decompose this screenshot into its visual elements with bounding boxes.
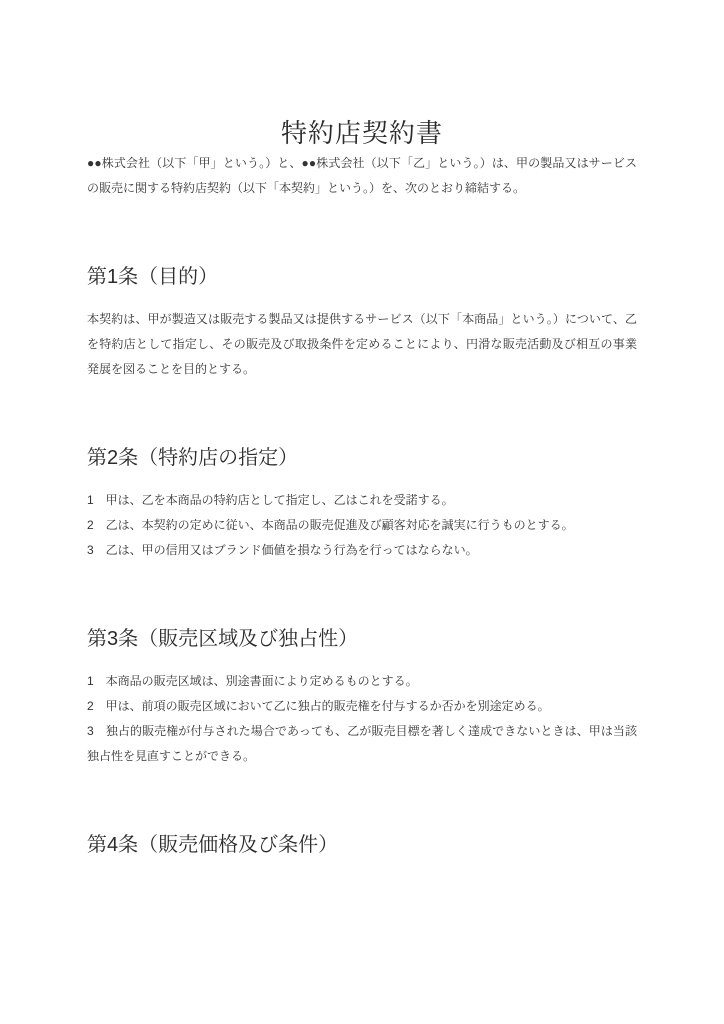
- document-title: 特約店契約書: [87, 115, 637, 151]
- article-3-clause-1: 1 本商品の販売区域は、別途書面により定めるものとする。: [87, 669, 637, 694]
- article-3-clause-3: 3 独占的販売権が付与された場合であっても、乙が販売目標を著しく達成できないとき…: [87, 719, 637, 769]
- preamble-paragraph: ●●株式会社（以下「甲」という。）と、●●株式会社（以下「乙」という。）は、甲の…: [87, 151, 637, 201]
- article-3-heading: 第3条（販売区域及び独占性）: [87, 625, 637, 653]
- contract-document-page: 特約店契約書 ●●株式会社（以下「甲」という。）と、●●株式会社（以下「乙」とい…: [0, 0, 724, 1024]
- article-1-body: 本契約は、甲が製造又は販売する製品又は提供するサービス（以下「本商品」という。）…: [87, 307, 637, 382]
- article-2-clause-1: 1 甲は、乙を本商品の特約店として指定し、乙はこれを受諾する。: [87, 488, 637, 513]
- article-2-heading: 第2条（特約店の指定）: [87, 444, 637, 472]
- article-1: 第1条（目的） 本契約は、甲が製造又は販売する製品又は提供するサービス（以下「本…: [87, 263, 637, 382]
- article-3-clause-2: 2 甲は、前項の販売区域において乙に独占的販売権を付与するか否かを別途定める。: [87, 694, 637, 719]
- article-2-clause-2: 2 乙は、本契約の定めに従い、本商品の販売促進及び顧客対応を誠実に行うものとする…: [87, 513, 637, 538]
- article-2: 第2条（特約店の指定） 1 甲は、乙を本商品の特約店として指定し、乙はこれを受諾…: [87, 444, 637, 563]
- article-2-clause-3: 3 乙は、甲の信用又はブランド価値を損なう行為を行ってはならない。: [87, 538, 637, 563]
- article-3: 第3条（販売区域及び独占性） 1 本商品の販売区域は、別途書面により定めるものと…: [87, 625, 637, 769]
- article-4-heading: 第4条（販売価格及び条件）: [87, 831, 637, 859]
- article-1-heading: 第1条（目的）: [87, 263, 637, 291]
- article-4: 第4条（販売価格及び条件）: [87, 831, 637, 859]
